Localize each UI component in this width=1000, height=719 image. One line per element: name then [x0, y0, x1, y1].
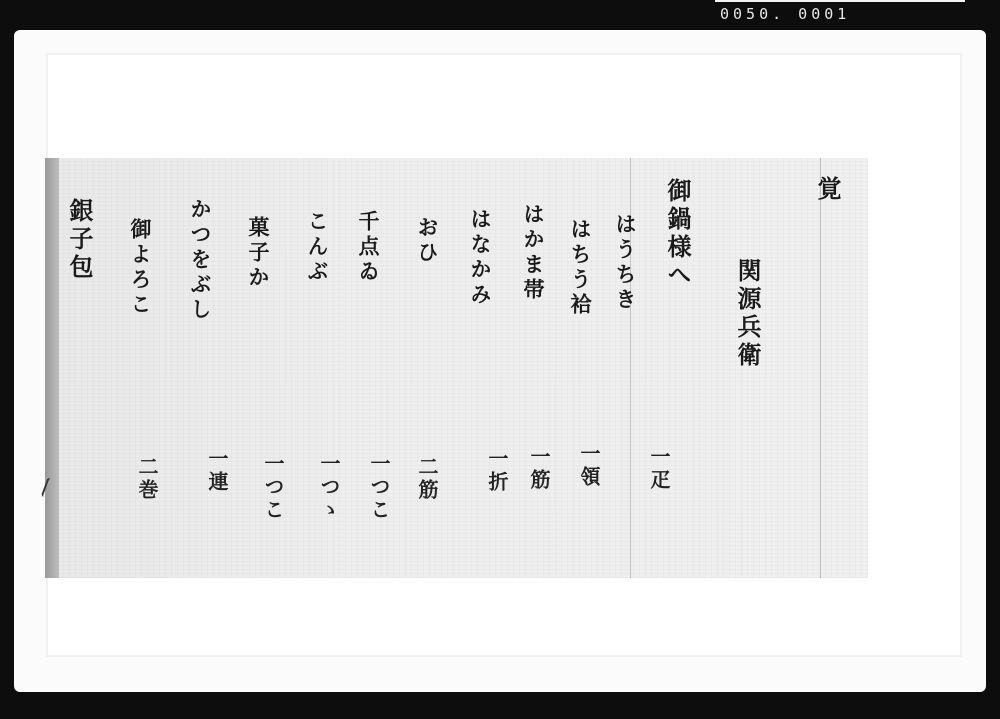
item-name: こんぶ [307, 210, 328, 285]
item-qty: 一領 [575, 443, 604, 489]
item-name: 千点ゐ [358, 210, 379, 285]
item-name: 菓子か [248, 216, 269, 291]
manuscript-sheet: 覚 関源兵衛 御鍋様へ はうちき はちう袷 はかま帯 はなかみ おひ 千点ゐ こ… [45, 158, 868, 578]
item-qty: 二巻 [133, 456, 162, 502]
item-qty: 一つこ [365, 453, 394, 522]
item-name: 御よろこ [130, 218, 151, 318]
paper-crease [820, 158, 821, 578]
sender-name: 関源兵衛 [735, 258, 759, 370]
item-qty: 一疋 [645, 446, 674, 492]
item-qty: 一つこ [259, 453, 288, 522]
film-edge-strip [715, 0, 965, 2]
recipient-name: 御鍋様へ [665, 178, 689, 290]
item-qty: 一折 [483, 448, 512, 494]
microfilm-frame-number: 0050. 0001 [720, 5, 850, 23]
item-name: はかま帯 [523, 203, 544, 303]
paper-fold-edge [45, 158, 59, 578]
item-name: かつをぶし [190, 198, 211, 323]
item-qty: 二筋 [413, 456, 442, 502]
item-qty: 一つゝ [315, 453, 344, 522]
item-qty: 一筋 [525, 446, 554, 492]
document-heading: 覚 [815, 176, 839, 204]
item-name: はなかみ [470, 208, 491, 308]
item-name: おひ [417, 216, 438, 266]
item-name: 銀子包 [67, 198, 91, 282]
item-name: はうちき [615, 213, 636, 313]
item-name: はちう袷 [570, 218, 591, 318]
item-qty: 一連 [203, 448, 232, 494]
